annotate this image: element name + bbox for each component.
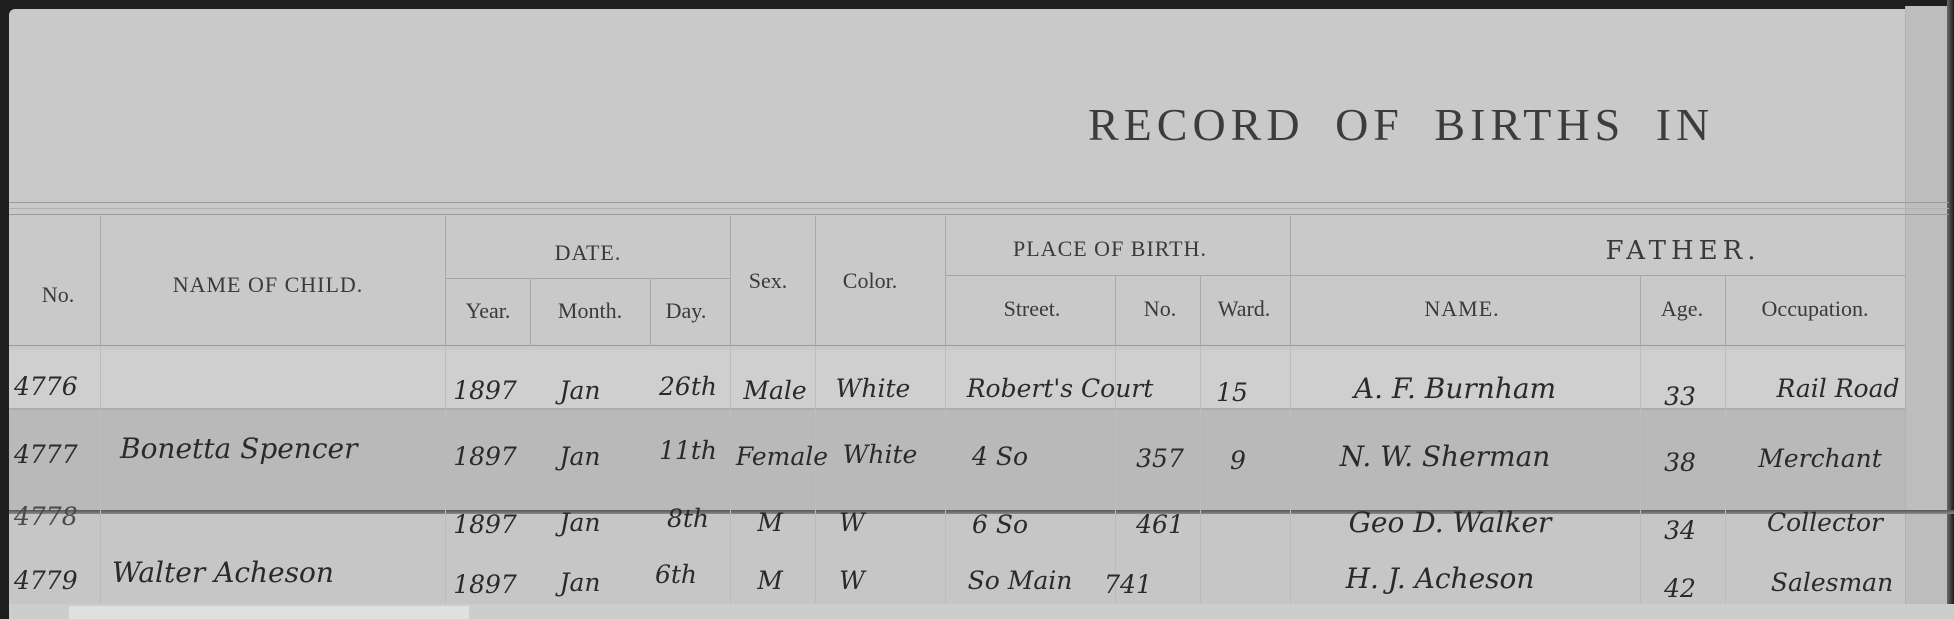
- bottom-strip: [9, 604, 1954, 619]
- header-ward: Ward.: [1218, 296, 1271, 322]
- cell-father-age: 38: [1664, 448, 1696, 477]
- cell-year: 1897: [453, 570, 517, 599]
- col-divider: [445, 216, 446, 346]
- cell-street-no: 357: [1136, 444, 1184, 473]
- col-divider: [730, 346, 731, 604]
- header-sex: Sex.: [749, 268, 788, 294]
- cell-day: 11th: [659, 436, 717, 465]
- cell-year: 1897: [453, 442, 517, 471]
- col-divider: [815, 216, 816, 346]
- page-right-margin: [1905, 6, 1948, 619]
- cell-street: 6 So: [972, 510, 1028, 539]
- cell-father-occupation: Merchant: [1758, 444, 1882, 473]
- cell-sex: Female: [736, 442, 828, 471]
- rule-line: [9, 208, 1949, 209]
- cell-color: W: [839, 566, 865, 595]
- cell-year: 1897: [453, 510, 517, 539]
- cell-month: Jan: [559, 442, 600, 471]
- cell-sex: M: [757, 508, 783, 537]
- cell-month: Jan: [559, 376, 600, 405]
- header-father-age: Age.: [1661, 296, 1703, 322]
- col-divider: [1200, 346, 1201, 604]
- col-divider: [730, 216, 731, 346]
- cell-father-age: 42: [1664, 574, 1696, 603]
- cell-sex: Male: [743, 376, 806, 405]
- col-divider: [1290, 346, 1291, 604]
- cell-color: White: [843, 440, 918, 469]
- document-title: RECORD OF BIRTHS IN: [1088, 98, 1714, 151]
- cell-no: 4779: [14, 566, 78, 595]
- col-divider: [1640, 275, 1641, 346]
- col-divider: [945, 216, 946, 346]
- col-divider: [945, 346, 946, 604]
- header-year: Year.: [466, 298, 511, 324]
- header-color: Color.: [843, 268, 897, 294]
- col-divider: [815, 346, 816, 604]
- header-street-no: No.: [1144, 296, 1176, 322]
- page-edge-shadow: [1947, 0, 1954, 619]
- header-street: Street.: [1004, 296, 1061, 322]
- header-father-name: NAME.: [1424, 296, 1499, 322]
- header-no: No.: [42, 282, 74, 308]
- cell-no: 4776: [14, 372, 78, 401]
- date-group-rule: [445, 278, 730, 279]
- header-name-of-child: NAME OF CHILD.: [173, 272, 364, 298]
- col-divider: [530, 278, 531, 346]
- col-divider: [1115, 275, 1116, 346]
- cell-sex: M: [757, 566, 783, 595]
- header-bottom-rule: [9, 345, 1905, 346]
- rule-line: [9, 214, 1949, 215]
- cell-street: 4 So: [972, 442, 1028, 471]
- cell-month: Jan: [559, 508, 600, 537]
- cell-father-name: H. J. Acheson: [1346, 562, 1535, 595]
- cell-day: 8th: [667, 504, 709, 533]
- col-divider: [100, 216, 101, 346]
- cell-father-age: 33: [1664, 382, 1696, 411]
- row-band: [9, 350, 1905, 408]
- cell-day: 6th: [655, 560, 697, 589]
- cell-father-age: 34: [1664, 516, 1696, 545]
- cell-father-occupation: Collector: [1767, 508, 1883, 537]
- header-place-of-birth-group: PLACE OF BIRTH.: [1013, 236, 1207, 262]
- cell-ward: 15: [1216, 378, 1248, 407]
- col-divider: [650, 278, 651, 346]
- cell-color: W: [839, 508, 865, 537]
- col-divider: [1290, 216, 1291, 346]
- header-father-occupation: Occupation.: [1762, 296, 1869, 322]
- col-divider: [1725, 346, 1726, 604]
- col-divider: [1640, 346, 1641, 604]
- header-date-group: DATE.: [555, 240, 622, 266]
- header-day: Day.: [666, 298, 707, 324]
- header-month: Month.: [558, 298, 622, 324]
- cell-street-no: 741: [1104, 570, 1152, 599]
- cell-name-of-child: Walter Acheson: [112, 556, 334, 589]
- place-group-rule: [945, 275, 1290, 276]
- cell-father-occupation: Salesman: [1771, 568, 1893, 597]
- header-father-group: FATHER.: [1606, 236, 1761, 266]
- father-group-rule: [1290, 275, 1905, 276]
- cell-year: 1897: [453, 376, 517, 405]
- cell-no: 4778: [14, 502, 78, 531]
- rule-line: [9, 202, 1949, 203]
- cell-ward: 9: [1230, 446, 1246, 475]
- cell-name-of-child: Bonetta Spencer: [120, 432, 357, 465]
- cell-father-occupation: Rail Road: [1776, 374, 1899, 403]
- cell-day: 26th: [659, 372, 717, 401]
- cell-month: Jan: [559, 568, 600, 597]
- cell-no: 4777: [14, 440, 78, 469]
- cell-street: So Main: [968, 566, 1073, 595]
- cell-street: Robert's Court: [967, 374, 1154, 403]
- col-divider: [445, 346, 446, 604]
- cell-street-no: 461: [1136, 510, 1184, 539]
- cell-father-name: Geo D. Walker: [1349, 506, 1552, 539]
- col-divider: [100, 346, 101, 604]
- cell-father-name: N. W. Sherman: [1340, 440, 1551, 473]
- col-divider: [1200, 275, 1201, 346]
- cell-color: White: [836, 374, 911, 403]
- col-divider: [1725, 275, 1726, 346]
- cell-father-name: A. F. Burnham: [1354, 372, 1556, 405]
